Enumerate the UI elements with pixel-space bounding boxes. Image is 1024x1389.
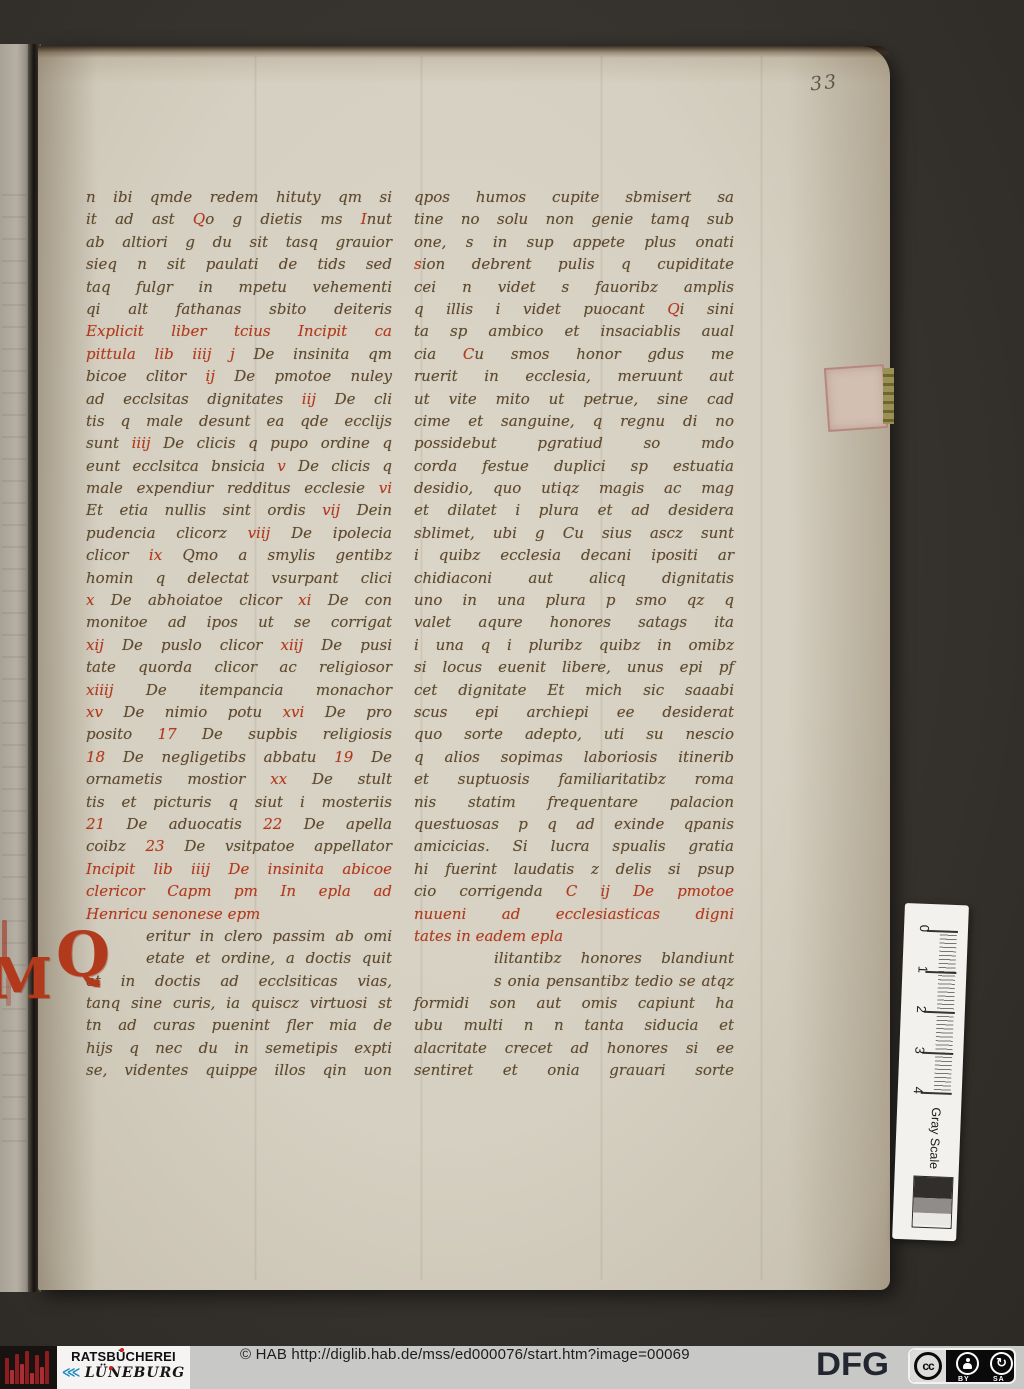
- grayscale-calibration-ruler: 01234 Gray Scale: [892, 903, 969, 1241]
- manuscript-text-line: et in doctis ad ecclsiticas vias,: [86, 972, 392, 994]
- manuscript-text-line: s onia pensantibz tedio se atqz: [414, 972, 734, 994]
- manuscript-text-line: i una q i pluribz quibz in omibz: [414, 636, 734, 658]
- library-logo: RATSBÜCHEREI ⋘ LÜNEBURG: [57, 1346, 190, 1389]
- ruler-number: 1: [915, 965, 930, 973]
- manuscript-text-line: clericor Capm pm In epla ad: [86, 882, 392, 904]
- footer-bar: RATSBÜCHEREI ⋘ LÜNEBURG © HAB http://dig…: [0, 1346, 1024, 1389]
- cc-license-badge: cc ↻ BY SA: [908, 1348, 1016, 1384]
- manuscript-text-line: it ad ast Qo g dietis ms Inut: [86, 210, 392, 232]
- manuscript-text-line: xv De nimio potu xvi De pro: [86, 703, 392, 725]
- manuscript-text-line: one, s in sup appete plus onati: [414, 233, 734, 255]
- manuscript-text-line: cia Cu smos honor gdus me: [414, 345, 734, 367]
- manuscript-text-line: tanq sine curis, ia quiscz virtuosi st: [86, 994, 392, 1016]
- manuscript-text-line: q illis i videt puocant Qi sini: [414, 300, 734, 322]
- manuscript-text-line: qi alt fathanas sbito deiteris: [86, 300, 392, 322]
- manuscript-text-line: et dilatet i plura et ad desidera: [414, 501, 734, 523]
- manuscript-text-line: hi fuerint laudatis z delis si psup: [414, 860, 734, 882]
- manuscript-text-line: ut vite mito ut petrue, sine cad: [414, 390, 734, 412]
- manuscript-text-line: desidio, quo utiqz magis ac mag: [414, 479, 734, 501]
- manuscript-text-line: ornametis mostior xx De stult: [86, 770, 392, 792]
- manuscript-text-line: monitoe ad ipos ut se corrigat: [86, 613, 392, 635]
- manuscript-text-line: 18 De negligetibs abbatu 19 De: [86, 748, 392, 770]
- manuscript-left-column: n ibi qmde redem hituty qm siit ad ast Q…: [86, 188, 392, 1084]
- manuscript-text-line: quo sorte adepto, uti su nescio: [414, 725, 734, 747]
- manuscript-text-line: alacritate crecet ad honores si ee: [414, 1039, 734, 1061]
- umlaut-red-dot: [109, 1366, 113, 1370]
- manuscript-text-line: bicoe clitor ij De pmotoe nuley: [86, 367, 392, 389]
- manuscript-text-line: Explicit liber tcius Incipit ca: [86, 322, 392, 344]
- copyright-url: © HAB http://diglib.hab.de/mss/ed000076/…: [240, 1346, 690, 1389]
- library-barcode-icon: [0, 1346, 57, 1389]
- manuscript-text-line: uno in una plura p smo qz q: [414, 591, 734, 613]
- manuscript-text-line: sentiret et onia grauari sorte: [414, 1061, 734, 1083]
- manuscript-text-line: formidi son aut omis capiunt ha: [414, 994, 734, 1016]
- manuscript-text-line: valet aqure honores satags ita: [414, 613, 734, 635]
- manuscript-text-line: nis statim frequentare palacion: [414, 793, 734, 815]
- manuscript-text-line: i quibz ecclesia decani ipositi ar: [414, 546, 734, 568]
- dfg-logo: DFG: [816, 1346, 889, 1389]
- cc-sa-label: SA: [993, 1376, 1005, 1383]
- ruler-number: 4: [911, 1086, 926, 1094]
- manuscript-text-line: ad ecclsitas dignitates iij De cli: [86, 390, 392, 412]
- manuscript-text-line: ilitantibz honores blandiunt: [414, 949, 734, 971]
- manuscript-text-line: pudencia clicorz viij De ipolecia: [86, 524, 392, 546]
- digitized-manuscript-scan: 33 n ibi qmde redem hituty qm siit ad as…: [0, 0, 1024, 1389]
- manuscript-text-line: n ibi qmde redem hituty qm si: [86, 188, 392, 210]
- manuscript-text-line: 21 De aduocatis 22 De apella: [86, 815, 392, 837]
- manuscript-text-line: sieq n sit paulati de tids sed: [86, 255, 392, 277]
- cc-icon: cc: [914, 1352, 942, 1380]
- patch-dark: [914, 1177, 953, 1199]
- cc-logo-panel: cc: [910, 1350, 946, 1382]
- ruler-numbers: 01234: [905, 903, 969, 905]
- manuscript-text-line: corda festue duplici sp estuatia: [414, 457, 734, 479]
- ruler-major-ticks: [905, 903, 969, 905]
- manuscript-text-line: scus epi archiepi ee desiderat: [414, 703, 734, 725]
- manuscript-text-line: hijs q nec du in semetipis expti: [86, 1039, 392, 1061]
- manuscript-text-line: ubu multi n n tanta siducia et: [414, 1016, 734, 1038]
- manuscript-page: 33 n ibi qmde redem hituty qm siit ad as…: [38, 46, 890, 1290]
- folio-number: 33: [809, 71, 839, 96]
- manuscript-text-line: questuosas p q ad exinde qpanis: [414, 815, 734, 837]
- manuscript-text-line: se, videntes quippe illos qin uon: [86, 1061, 392, 1083]
- manuscript-text-line: cei n videt s fauoribz amplis: [414, 278, 734, 300]
- grayscale-label: Gray Scale: [927, 1107, 943, 1169]
- manuscript-text-line: cet dignitate Et mich sic saaabi: [414, 681, 734, 703]
- patch-light: [913, 1213, 951, 1226]
- manuscript-text-line: xiiij De itempancia monachor: [86, 681, 392, 703]
- manuscript-text-line: amicicias. Si lucra spualis gratia: [414, 837, 734, 859]
- manuscript-text-line: tis q male desunt ea qde ecclijs: [86, 412, 392, 434]
- manuscript-text-line: tis et picturis q siut i mosteriis: [86, 793, 392, 815]
- manuscript-text-line: eunt ecclsitca bnsicia v De clicis q: [86, 457, 392, 479]
- manuscript-text-line: Henricu senonese epm: [86, 905, 392, 927]
- manuscript-right-column: qpos humos cupite sbmisert satine no sol…: [414, 188, 734, 1084]
- manuscript-text-line: cime et sanguine, q regnu di no: [414, 412, 734, 434]
- book-chevron-icon: ⋘: [62, 1365, 81, 1380]
- decorated-initial-q: Q: [56, 924, 110, 986]
- manuscript-text-line: male expendiur redditus ecclesie vi: [86, 479, 392, 501]
- patch-mid: [913, 1198, 952, 1214]
- library-city: LÜNEBURG: [85, 1365, 185, 1381]
- manuscript-text-line: homin q delectat vsurpant clici: [86, 569, 392, 591]
- manuscript-text-line: cio corrigenda C ij De pmotoe: [414, 882, 734, 904]
- umlaut-red-dot: [120, 1348, 124, 1352]
- manuscript-text-line: x De abhoiatoe clicor xi De con: [86, 591, 392, 613]
- manuscript-text-line: posito 17 De supbis religiosis: [86, 725, 392, 747]
- manuscript-text-line: qpos humos cupite sbmisert sa: [414, 188, 734, 210]
- manuscript-text-line: ab altiori g du sit tasq grauior: [86, 233, 392, 255]
- manuscript-text-line: nuueni ad ecclesiasticas digni: [414, 905, 734, 927]
- manuscript-text-line: sion debrent pulis q cupiditate: [414, 255, 734, 277]
- manuscript-text-line: taq fulgr in mpetu vehementi: [86, 278, 392, 300]
- manuscript-text-line: si locus euenit libere, unus epi pf: [414, 658, 734, 680]
- grayscale-patches: [912, 1176, 954, 1229]
- decorated-initial-m: M: [0, 951, 52, 1007]
- ruler-number: 2: [914, 1005, 929, 1013]
- manuscript-text-line: clicor ix Qmo a smylis gentibz: [86, 546, 392, 568]
- manuscript-text-line: pittula lib iiij j De insinita qm: [86, 345, 392, 367]
- manuscript-text-line: ta sp ambico et insaciablis aual: [414, 322, 734, 344]
- manuscript-text-line: sunt iiij De clicis q pupo ordine q: [86, 434, 392, 456]
- bookmark-tab: [824, 364, 888, 432]
- manuscript-text-line: tine no solu non genie tamq sub: [414, 210, 734, 232]
- manuscript-text-line: coibz 23 De vsitpatoe appellator: [86, 837, 392, 859]
- manuscript-text-line: ruerit in ecclesia, meruunt aut: [414, 367, 734, 389]
- manuscript-text-line: etate et ordine, a doctis quit: [86, 949, 392, 971]
- manuscript-text-line: sblimet, ubi g Cu sius ascz sunt: [414, 524, 734, 546]
- manuscript-text-line: tn ad curas puenint fler mia de: [86, 1016, 392, 1038]
- manuscript-text-line: tate quorda clicor ac religiosor: [86, 658, 392, 680]
- manuscript-text-line: Et etia nullis sint ordis vij Dein: [86, 501, 392, 523]
- manuscript-text-line: chidiaconi aut alicq dignitatis: [414, 569, 734, 591]
- cc-by-person-icon: [956, 1352, 979, 1375]
- manuscript-text-line: tates in eadem epla: [414, 927, 734, 949]
- manuscript-text-line: et suptuosis familiaritatibz roma: [414, 770, 734, 792]
- facing-page-edge: [0, 44, 30, 1292]
- bookmark-fore-edge: [883, 368, 894, 424]
- fold-line: [760, 56, 763, 1280]
- manuscript-text-line: q alios sopimas laboriosis itinerib: [414, 748, 734, 770]
- ruler-number: 0: [917, 924, 932, 932]
- manuscript-text-line: possidebut pgratiud so mdo: [414, 434, 734, 456]
- manuscript-text-line: Incipit lib iiij De insinita abicoe: [86, 860, 392, 882]
- cc-by-label: BY: [958, 1376, 970, 1383]
- manuscript-text-line: eritur in clero passim ab omi: [86, 927, 392, 949]
- cc-sa-arrow-icon: ↻: [990, 1352, 1013, 1375]
- manuscript-text-line: xij De puslo clicor xiij De pusi: [86, 636, 392, 658]
- ruler-number: 3: [912, 1046, 927, 1054]
- cc-terms-panel: ↻ BY SA: [946, 1350, 1014, 1382]
